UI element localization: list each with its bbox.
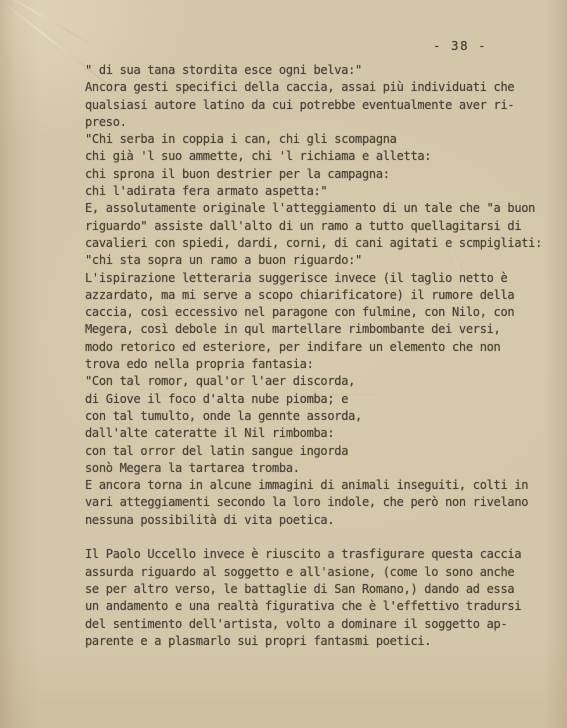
text-line: sonò Megera la tartarea tromba. [85, 460, 555, 477]
text-line: E, assolutamente originale l'atteggiamen… [85, 200, 555, 217]
text-line: un andamento e una realtà figurativa che… [85, 598, 555, 615]
page-number: - 38 - [433, 38, 487, 53]
text-line: caccia, così eccessivo nel paragone con … [85, 304, 555, 321]
typewritten-text-block: " di sua tana stordita esce ogni belva:"… [85, 62, 555, 650]
text-line: azzardato, ma mi serve a scopo chiarific… [85, 287, 555, 304]
paper-crease [0, 0, 102, 51]
text-line: "Chi serba in coppia i can, chi gli scom… [85, 131, 555, 148]
text-line: "Con tal romor, qual'or l'aer discorda, [85, 373, 555, 390]
text-line: con tal tumulto, onde la gennte assorda, [85, 408, 555, 425]
text-line: di Giove il foco d'alta nube piomba; e [85, 391, 555, 408]
text-line: nessuna possibilità di vita poetica. [85, 512, 555, 529]
text-line: se per altro verso, le battaglie di San … [85, 581, 555, 598]
text-line: del sentimento dell'artista, volto a dom… [85, 616, 555, 633]
text-line: Megera, così debole in qul martellare ri… [85, 321, 555, 338]
text-line: Ancora gesti specifici della caccia, ass… [85, 79, 555, 96]
text-line: Il Paolo Uccello invece è riuscito a tra… [85, 546, 555, 563]
text-line: vari atteggiamenti secondo la loro indol… [85, 494, 555, 511]
text-line: modo retorico ed esteriore, per indifare… [85, 339, 555, 356]
text-line: assurda riguardo al soggetto e all'asion… [85, 564, 555, 581]
text-line: "chi sta sopra un ramo a buon riguardo:" [85, 252, 555, 269]
text-line [85, 529, 555, 546]
text-line: parente e a plasmarlo sui propri fantasm… [85, 633, 555, 650]
text-line: chi sprona il buon destrier per la campa… [85, 166, 555, 183]
text-line: chi l'adirata fera armato aspetta:" [85, 183, 555, 200]
text-line: cavalieri con spiedi, dardi, corni, di c… [85, 235, 555, 252]
text-line: preso. [85, 114, 555, 131]
text-line: " di sua tana stordita esce ogni belva:" [85, 62, 555, 79]
text-line: chi già 'l suo ammette, chi 'l richiama … [85, 148, 555, 165]
text-line: qualsiasi autore latino da cui potrebbe … [85, 97, 555, 114]
text-line: riguardo" assiste dall'alto di un ramo a… [85, 218, 555, 235]
text-line: con tal orror del latin sangue ingorda [85, 443, 555, 460]
text-line: L'ispirazione letteraria suggerisce inve… [85, 270, 555, 287]
text-line: E ancora torna in alcune immagini di ani… [85, 477, 555, 494]
text-line: trova edo nella propria fantasia: [85, 356, 555, 373]
document-page: - 38 - " di sua tana stordita esce ogni … [0, 0, 567, 728]
text-line: dall'alte cateratte il Nil rimbomba: [85, 425, 555, 442]
